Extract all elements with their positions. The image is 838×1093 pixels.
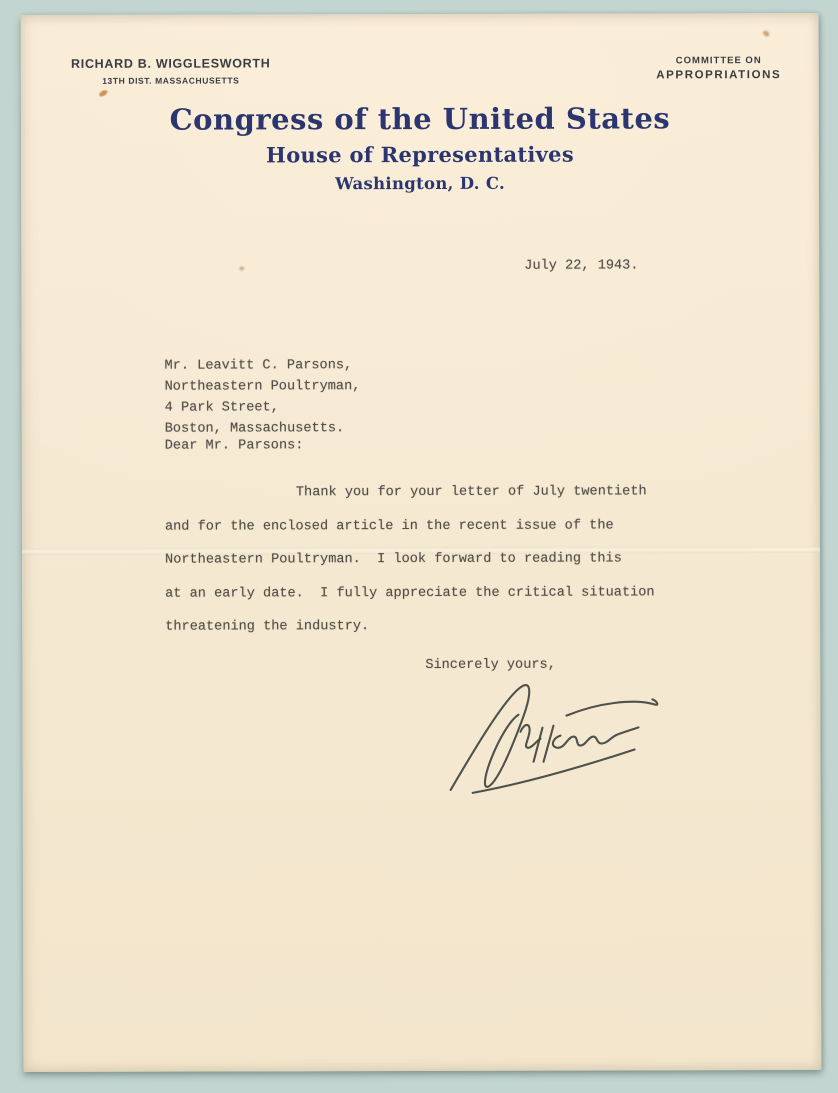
body-line: threatening the industry. [165,609,655,644]
sender-name: RICHARD B. WIGGLESWORTH [57,56,285,71]
house-subtitle: House of Representatives [21,141,819,168]
committee-letterhead: COMMITTEE ON APPROPRIATIONS [649,55,789,81]
committee-line-1: COMMITTEE ON [649,55,789,66]
body-line: Northeastern Poultryman. I look forward … [165,542,655,577]
paper-stain [98,89,108,98]
paper-stain [239,266,244,270]
body-line: Thank you for your letter of July twenti… [165,475,655,510]
body-line: and for the enclosed article in the rece… [165,509,655,544]
handwritten-signature [436,669,674,796]
scan-background: RICHARD B. WIGGLESWORTH 13TH DIST. MASSA… [0,0,838,1093]
recipient-address: Mr. Leavitt C. Parsons, Northeastern Pou… [165,355,361,440]
address-line: Mr. Leavitt C. Parsons, [165,355,361,377]
washington-subtitle: Washington, D. C. [21,173,819,194]
salutation: Dear Mr. Parsons: [165,438,304,453]
paper-stain [762,29,771,37]
letter-body: Thank you for your letter of July twenti… [165,475,655,644]
sender-district: 13TH DIST. MASSACHUSETTS [57,75,285,86]
address-line: Boston, Massachusetts. [165,418,361,440]
congress-title: Congress of the United States [21,101,819,137]
committee-line-2: APPROPRIATIONS [649,69,789,81]
address-line: 4 Park Street, [165,397,361,419]
body-line: at an early date. I fully appreciate the… [165,576,655,611]
address-line: Northeastern Poultryman, [165,376,361,398]
letter-date: July 22, 1943. [524,258,638,273]
congress-letterhead: Congress of the United States House of R… [21,101,819,194]
letter-page: RICHARD B. WIGGLESWORTH 13TH DIST. MASSA… [21,13,822,1072]
sender-letterhead: RICHARD B. WIGGLESWORTH 13TH DIST. MASSA… [57,56,285,86]
